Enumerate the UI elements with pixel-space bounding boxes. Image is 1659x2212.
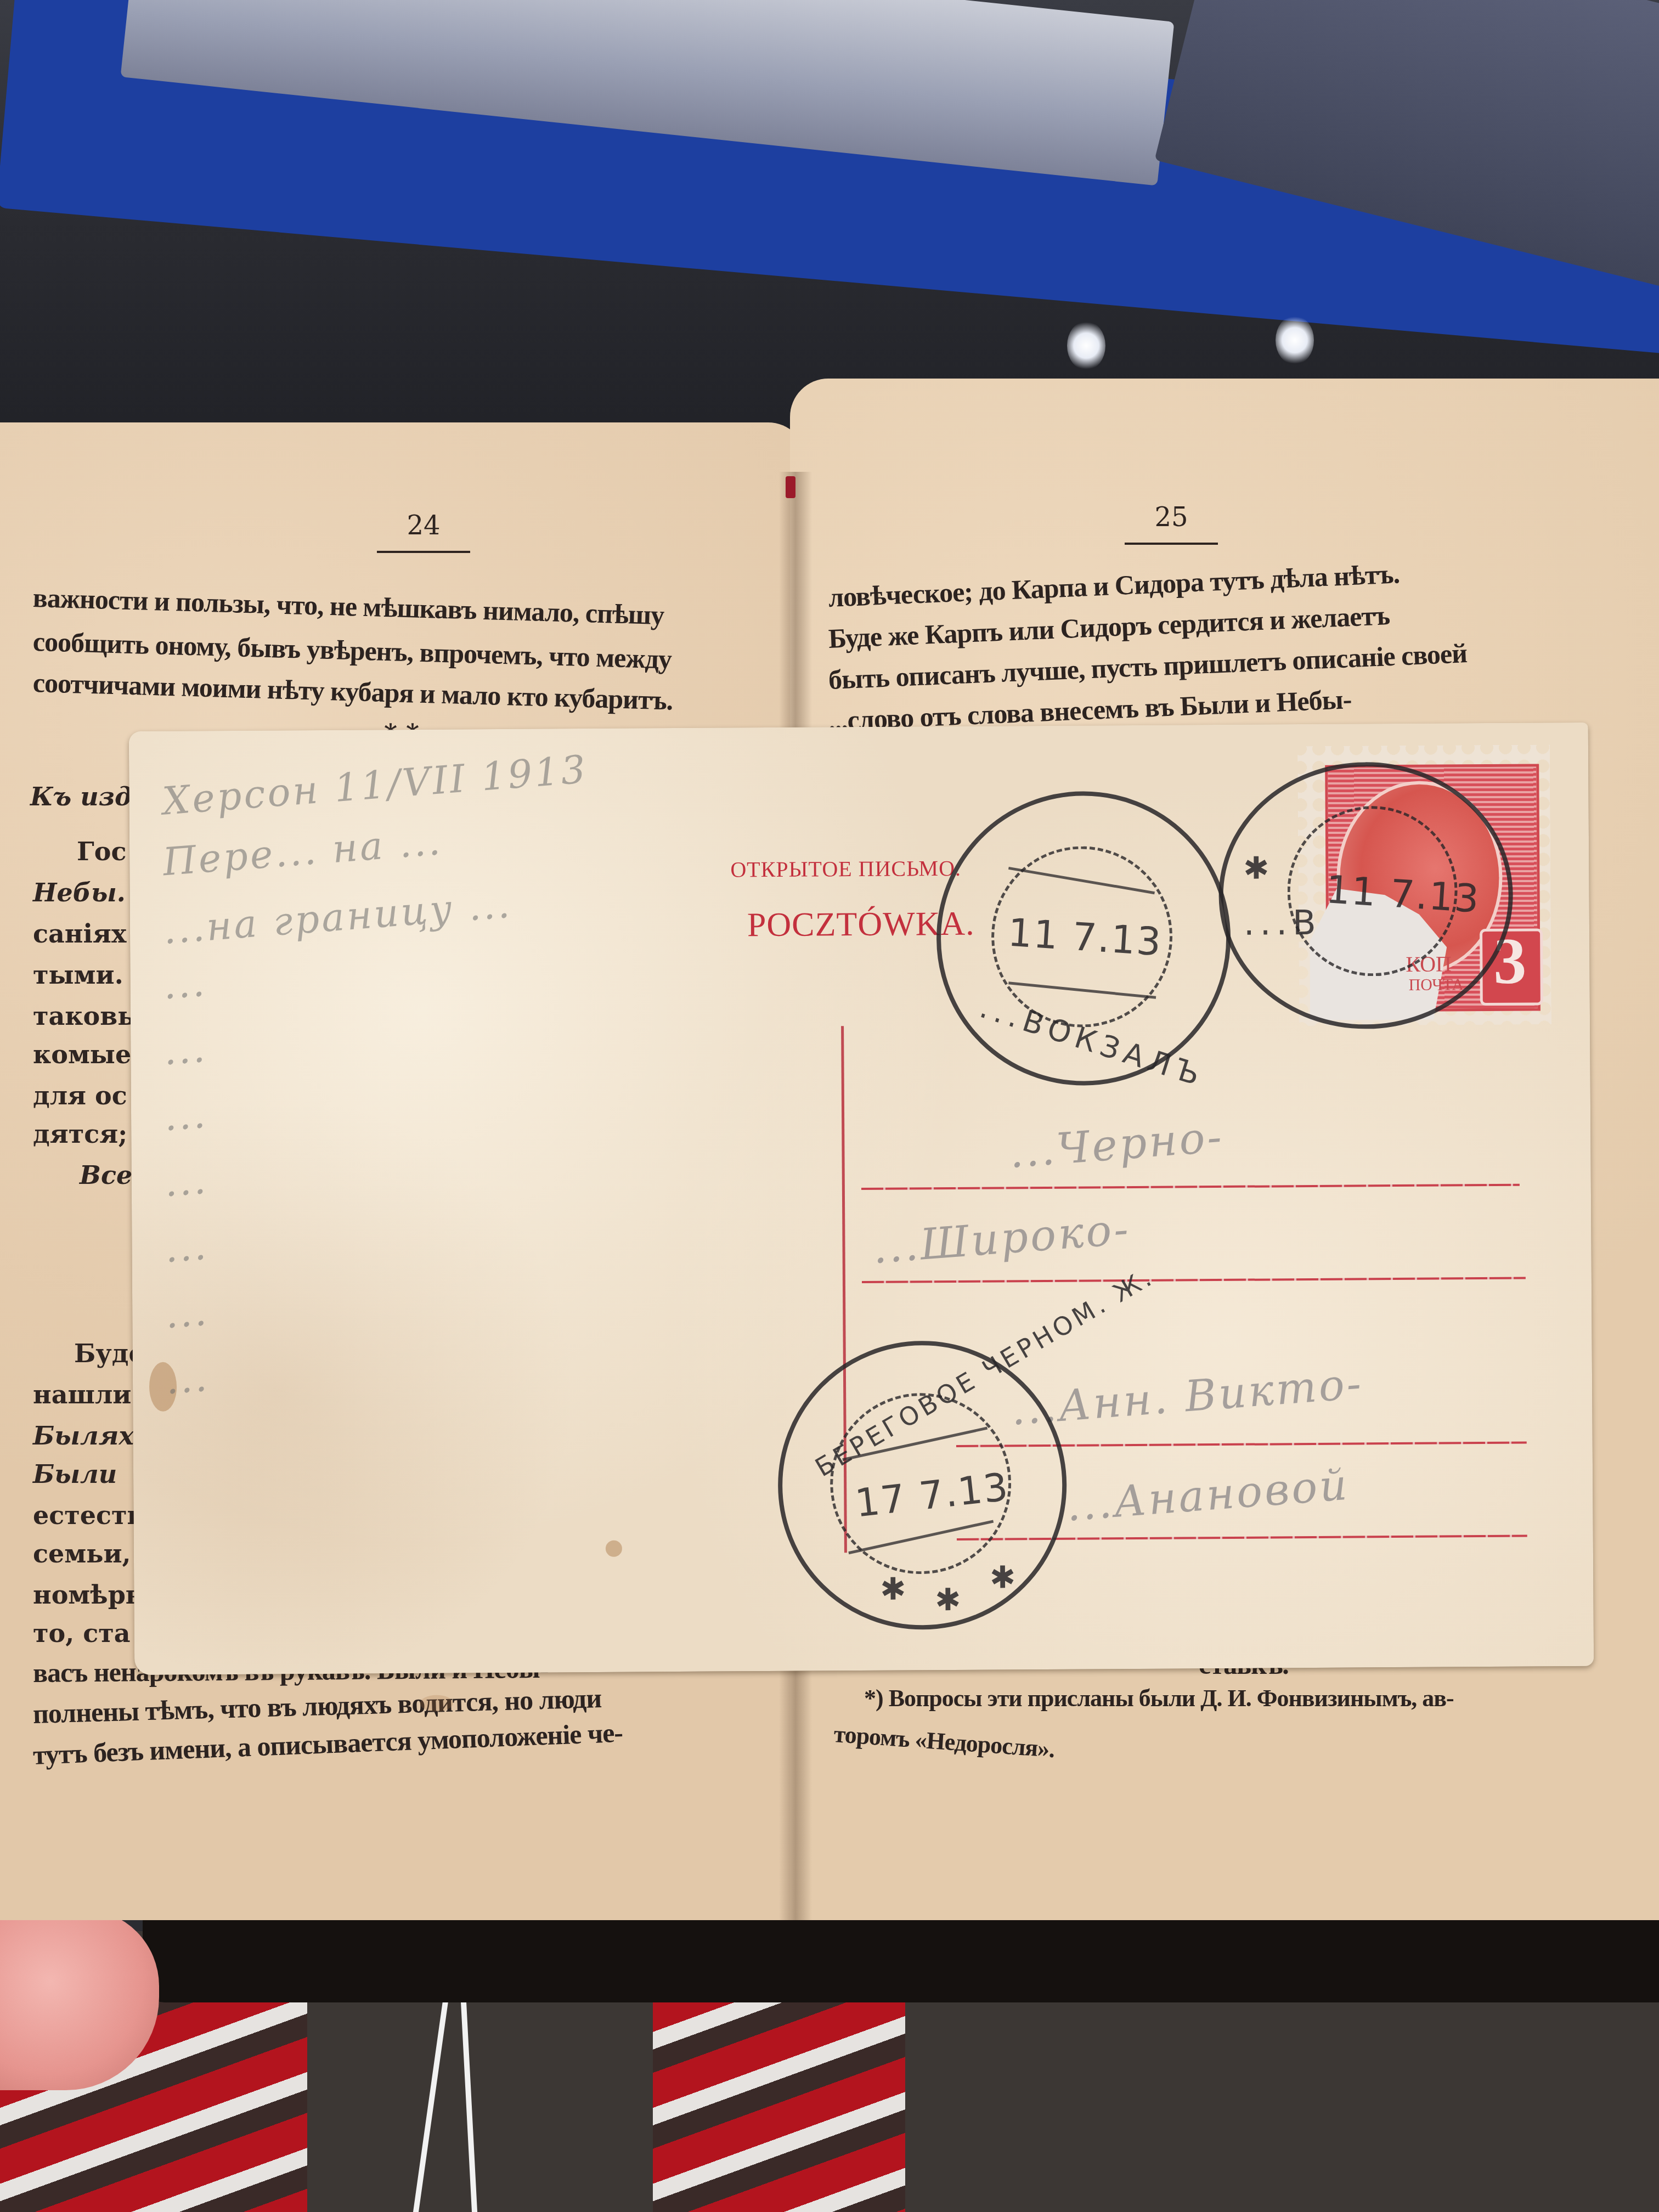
address-line [861, 1184, 1520, 1190]
address-line [862, 1277, 1526, 1283]
left-fragment: Все [80, 1160, 132, 1190]
left-fragment: комые [33, 1040, 131, 1069]
handwritten-message-line: ... [163, 1223, 210, 1272]
reflected-light [1067, 321, 1105, 370]
left-fragment: номѣрн [33, 1580, 144, 1610]
handwritten-message-line: ... [162, 1092, 209, 1140]
patterned-fabric [653, 1997, 905, 2212]
left-fragment: саніях [33, 919, 126, 949]
left-fragment: Къ изд [30, 782, 132, 811]
left-fragment: естеств [33, 1500, 145, 1530]
handwritten-message-line: ... [163, 1158, 210, 1206]
left-fragment: дятся; [33, 1119, 127, 1149]
left-fragment: семьи, [33, 1539, 131, 1568]
bookmark-ribbon [786, 476, 795, 498]
postmark-star-icon: ✱ [935, 1582, 961, 1618]
handwritten-message-line: ... [164, 1355, 211, 1403]
page-number-left: 24 [369, 510, 478, 553]
handwritten-address-line: ...Анн. Викто- [1009, 1359, 1365, 1435]
stain [606, 1541, 622, 1557]
postmark-star-icon: ✱ [880, 1572, 906, 1607]
handwritten-message-line: ...на границу ... [162, 882, 513, 953]
left-fragment: тыми. [33, 960, 123, 990]
postmark-star-icon: ✱ [1243, 850, 1269, 886]
left-fragment: Были [33, 1459, 117, 1489]
handwritten-message-line: ... [162, 1026, 208, 1074]
handwritten-message-line: Херсон 11/VII 1913 [161, 747, 589, 824]
left-fragment: Гос [77, 837, 126, 866]
handwritten-address-line: ...Анановой [1065, 1460, 1351, 1531]
handwritten-address-line: ...Черно- [1008, 1112, 1226, 1177]
postmark-star-icon: ✱ [990, 1560, 1015, 1595]
postcard: ОТКРЫТОЕ ПИСЬМО. POCZTÓWKA. Херсон 11/VI… [129, 723, 1594, 1675]
handwritten-address-line: ...Широко- [871, 1205, 1132, 1273]
footnote-line-1: *) Вопросы эти присланы были Д. И. Фонви… [864, 1684, 1454, 1712]
postcard-title-russian: ОТКРЫТОЕ ПИСЬМО. [730, 855, 961, 883]
left-fragment: для ос [33, 1081, 127, 1110]
stamp-postmark-text: ...В [1244, 902, 1322, 943]
handwritten-message-line: ... [162, 960, 208, 1008]
left-fragment: то, ста [33, 1618, 131, 1648]
left-fragment: нашли [33, 1380, 131, 1409]
handwritten-message-line: Пере... на ... [161, 819, 444, 884]
left-fragment: Небы. [33, 878, 126, 907]
handwritten-message-line: ... [163, 1289, 210, 1338]
left-fragment: таковы [33, 1001, 143, 1031]
page-number-right: 25 [1116, 502, 1226, 545]
reflected-light [1276, 315, 1314, 365]
